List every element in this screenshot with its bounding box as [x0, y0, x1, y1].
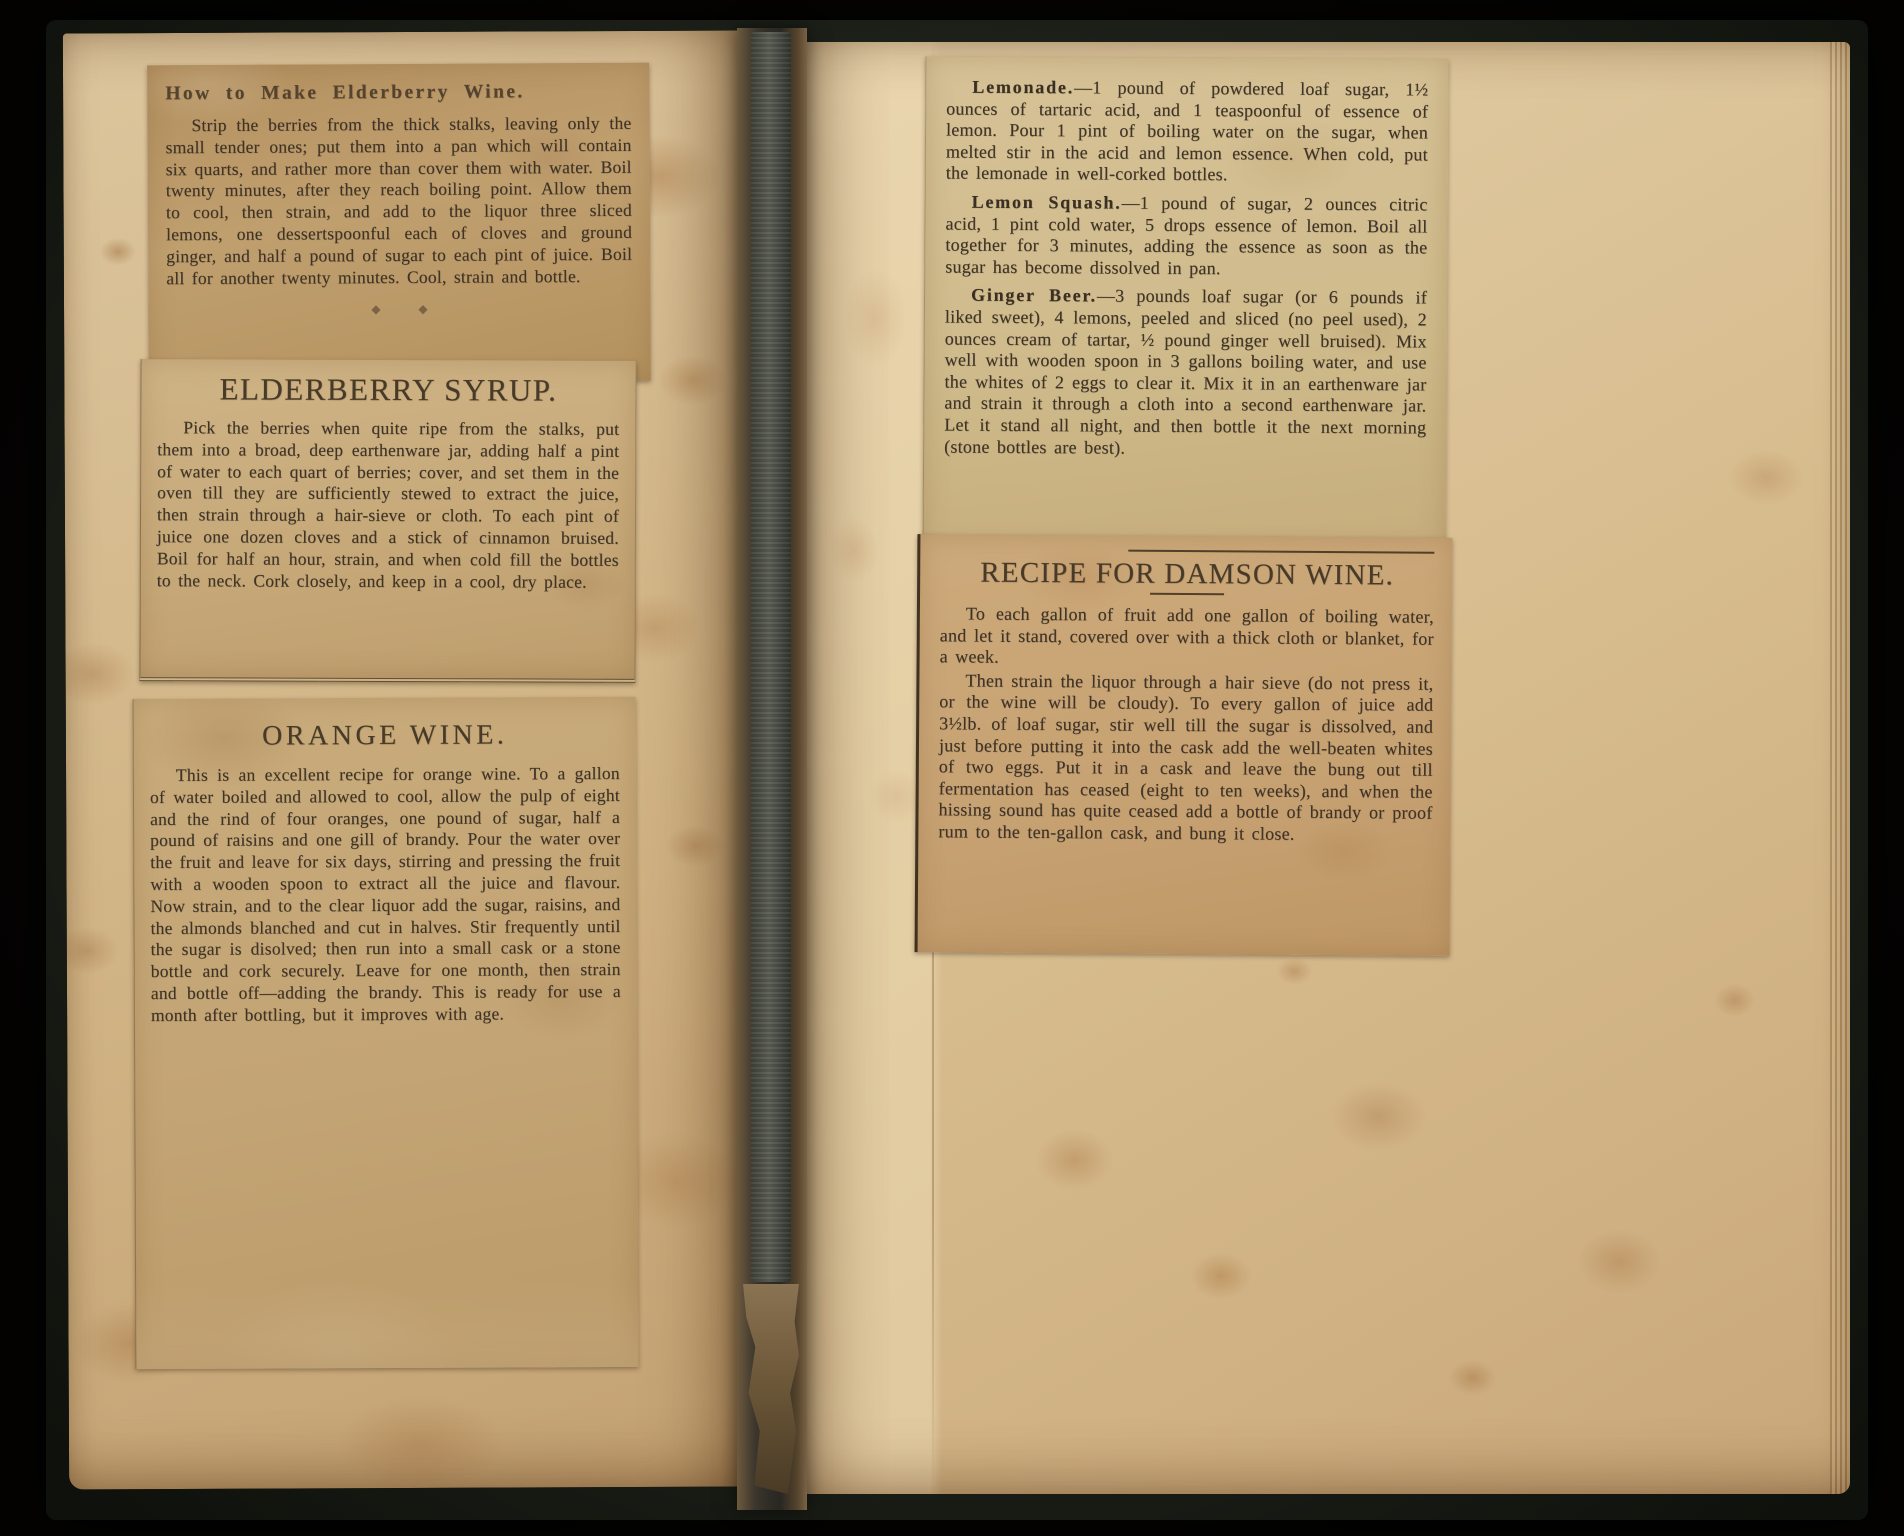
- book-spine: [737, 28, 807, 1510]
- lemonade-lead: Lemonade.: [972, 77, 1074, 98]
- ginger-beer-paragraph: Ginger Beer.—3 pounds loaf sugar (or 6 p…: [944, 285, 1427, 461]
- damson-heading-underline: [1150, 593, 1224, 596]
- printer-ornament: ◆ ◆: [166, 301, 632, 317]
- damson-paragraph-2: Then strain the liquor through a hair si…: [938, 670, 1433, 846]
- elderberry-syrup-heading: ELDERBERRY SYRUP.: [157, 371, 619, 409]
- orange-wine-heading: ORANGE WINE.: [150, 719, 620, 753]
- lemon-squash-paragraph: Lemon Squash.—1 pound of sugar, 2 ounces…: [945, 192, 1428, 281]
- elderberry-wine-title: How to Make Elderberry Wine.: [165, 81, 631, 105]
- ginger-beer-text: —3 pounds loaf sugar (or 6 pounds if lik…: [944, 286, 1427, 457]
- page-edge-stack: [1830, 42, 1850, 1494]
- clipping-elderberry-syrup: ELDERBERRY SYRUP. Pick the berries when …: [139, 359, 636, 683]
- orange-wine-paragraph: This is an excellent recipe for orange w…: [150, 763, 621, 1027]
- photo-backdrop: How to Make Elderberry Wine. Strip the b…: [0, 0, 1904, 1536]
- damson-paragraph-1: To each gallon of fruit add one gallon o…: [940, 603, 1434, 671]
- elderberry-syrup-paragraph: Pick the berries when quite ripe from th…: [157, 417, 620, 593]
- clipping-elderberry-wine: How to Make Elderberry Wine. Strip the b…: [147, 63, 651, 384]
- lemon-squash-lead: Lemon Squash.: [972, 192, 1122, 213]
- elderberry-wine-paragraph: Strip the berries from the thick stalks,…: [165, 113, 632, 290]
- clipping-lemonade-squash-gingerbeer: Lemonade.—1 pound of powdered loaf sugar…: [922, 56, 1448, 553]
- spine-binding-cloth: [751, 32, 791, 1282]
- damson-top-rule: [1128, 550, 1434, 554]
- clipping-orange-wine: ORANGE WINE. This is an excellent recipe…: [133, 697, 639, 1369]
- ginger-beer-lead: Ginger Beer.: [971, 285, 1097, 306]
- lemonade-paragraph: Lemonade.—1 pound of powdered loaf sugar…: [946, 77, 1429, 188]
- spine-worn-paper: [743, 1284, 799, 1494]
- damson-wine-heading: RECIPE FOR DAMSON WINE.: [940, 556, 1434, 592]
- clipping-damson-wine: RECIPE FOR DAMSON WINE. To each gallon o…: [915, 534, 1453, 956]
